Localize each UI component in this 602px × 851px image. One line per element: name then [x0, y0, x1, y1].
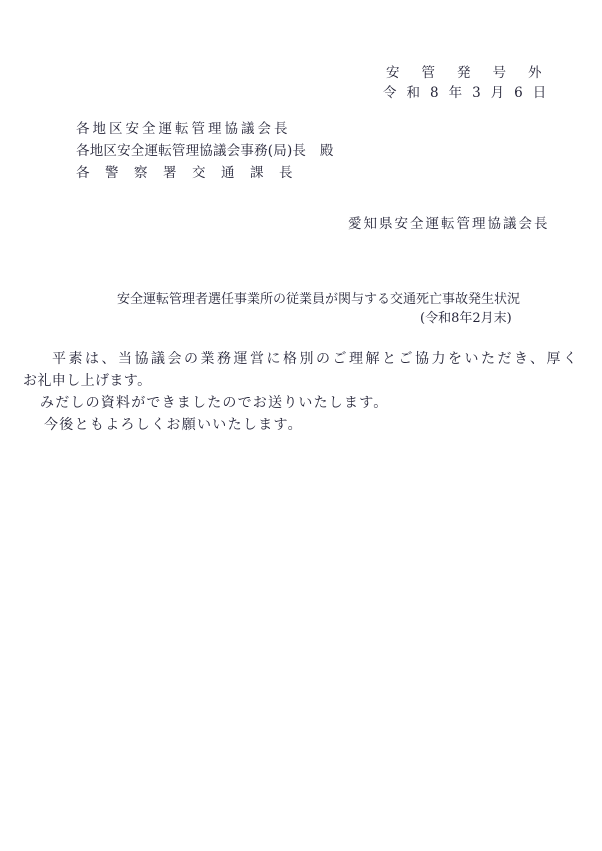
body-line: お礼申し上げます。	[23, 374, 151, 388]
doc-number: 安管発号外	[386, 67, 564, 81]
sender-line: 愛知県安全運転管理協議会長	[348, 218, 550, 232]
issue-date: 令和8年3月6日	[383, 87, 556, 101]
doc-subtitle: (令和8年2月末)	[420, 312, 512, 325]
recipient-line-1: 各地区安全運転管理協議会長	[76, 123, 291, 137]
body-line: 今後ともよろしくお願いいたします。	[44, 418, 303, 432]
body-line: 平素は、当協議会の業務運営に格別のご理解とご協力をいただき、厚く	[52, 352, 579, 366]
recipient-line-2: 各地区安全運転管理協議会事務(局)長 殿	[76, 145, 334, 159]
recipient-line-3: 各警察署交通課長	[76, 167, 308, 181]
body-line: みだしの資料ができましたのでお送りいたします。	[40, 396, 388, 410]
doc-title: 安全運転管理者選任事業所の従業員が関与する交通死亡事故発生状況	[117, 293, 520, 306]
scanned-letter-page: 安管発号外 令和8年3月6日 各地区安全運転管理協議会長 各地区安全運転管理協議…	[0, 0, 602, 851]
